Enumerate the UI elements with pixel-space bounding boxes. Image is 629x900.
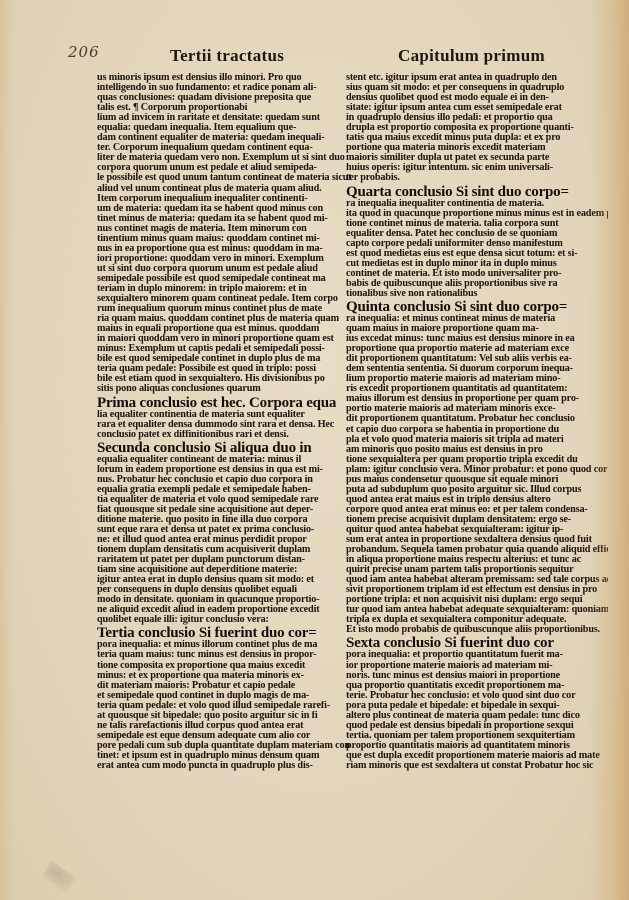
text-line: um de materia: quedam ita se habent quod… — [97, 204, 359, 214]
text-line: rum inequalium quorum minus continet plu… — [97, 304, 359, 314]
text-line: ius excedat minus: tunc maius est densiu… — [346, 334, 608, 344]
text-line: cut medietas est in duplo minor ita in d… — [346, 259, 608, 269]
text-line: qua proportio quantitatis excedit propor… — [346, 681, 608, 691]
text-line: altero plus contineat de materia quam pe… — [346, 711, 608, 721]
text-line: ior proportione materie maioris ad mater… — [346, 661, 608, 671]
text-line: portione qua materia minoris excedit mat… — [346, 143, 608, 153]
text-line: dit materiam maioris: Probatur et capio … — [97, 681, 359, 691]
text-line: riam minoris que est sexdaltera ut const… — [346, 761, 608, 771]
text-line: teriam in duplo minorem: in triplo maior… — [97, 284, 359, 294]
text-line: lorum in eadem proportione est densius i… — [97, 465, 359, 475]
text-line: conclusio patet ex diffinitionibus rari … — [97, 430, 359, 440]
text-line: nus continet magis de materia. Item mino… — [97, 224, 359, 234]
text-line: nus in ea proportione qua est minus: quo… — [97, 244, 359, 254]
text-line: capto corpore pedali uniformiter denso m… — [346, 239, 608, 249]
text-line: quod antea erat maius est in triplo dens… — [346, 495, 608, 505]
text-line: iori proportione: quoddam vero in minori… — [97, 254, 359, 264]
text-line: tione sexquialtera per quam proportio tr… — [346, 455, 608, 465]
text-line: ra inequalia inequaliter continentia de … — [346, 199, 608, 209]
text-line: per consequens in duplo densius quolibet… — [97, 585, 359, 595]
text-line: at quousque sit bipedale: quo posito arg… — [97, 711, 359, 721]
text-line: proportione qua proportio materie ad mat… — [346, 344, 608, 354]
text-line: sivit proportionem triplam id est effect… — [346, 585, 608, 595]
text-line: talis est. ¶ Corporum proportionabi — [97, 103, 359, 113]
text-line: in maiori quoddam vero in minori proport… — [97, 334, 359, 344]
text-line: drupla est proportio composita ex propor… — [346, 123, 608, 133]
text-line: nus. Probatur hec conclusio et capio duo… — [97, 475, 359, 485]
text-line: tione continet minus de materia. talia c… — [346, 219, 608, 229]
text-line: proportio quantitatis maioris ad quantit… — [346, 741, 608, 751]
text-line: quam maius in maiore proportione quam ma… — [346, 324, 608, 334]
text-line: in aliqua proportione maius respectu alt… — [346, 555, 608, 565]
text-line: que est dupla excedit proportionem mater… — [346, 751, 608, 761]
text-line: pora inequalia: et proportio quantitatum… — [346, 650, 608, 660]
text-line: teria quam pedale: Possibile est quod in… — [97, 364, 359, 374]
text-line: pore pedali cum sub dupla quantitate dup… — [97, 741, 359, 751]
text-line: dit proportionem quantitatum: Vel sub al… — [346, 354, 608, 364]
text-line: modo in densitate. quoniam in quacunque … — [97, 595, 359, 605]
text-line: tia equaliter de materia et volo quod se… — [97, 495, 359, 505]
paper-stain — [42, 861, 77, 893]
text-line: stent etc. igitur ipsum erat antea in qu… — [346, 73, 608, 83]
text-line: ria quam maius. quoddam continet plus de… — [97, 314, 359, 324]
conclusion-heading-quarta: Quarta conclusio Si sint duo corpo= — [346, 185, 608, 199]
text-line: dem sententia sententia. Si duorum corpo… — [346, 364, 608, 374]
text-line: corpora quorum unum est pedale et aliud … — [97, 163, 359, 173]
text-line: rara et equaliter densa dummodo sint rar… — [97, 420, 359, 430]
text-line: ra inequalia: et minus contineat minus d… — [346, 314, 608, 324]
conclusion-heading-tertia: Tertia conclusio Si fuerint duo cor= — [97, 626, 359, 640]
right-text-column: stent etc. igitur ipsum erat antea in qu… — [346, 73, 608, 771]
text-line: sum erat antea in proportione sexdaltera… — [346, 535, 608, 545]
text-line: semipedale est eque densum adequate cum … — [97, 731, 359, 741]
text-line: tripla ex dupla et sexquialtera componit… — [346, 615, 608, 625]
text-line: lium ad invicem in raritate et densitate… — [97, 113, 359, 123]
text-line: teria quam pedale: et volo quod illud se… — [97, 701, 359, 711]
text-line: probandum. Sequela tamen probatur quia q… — [346, 545, 608, 555]
text-line: ris excedit proportionem quantitatis ad … — [346, 384, 608, 394]
scanned-book-page: 206 Tertii tractatus Capitulum primum us… — [0, 0, 629, 900]
text-line: lia equaliter continentia de materia sun… — [97, 410, 359, 420]
text-line: minus: Exemplum ut captis pedali et semi… — [97, 344, 359, 354]
text-line: densius quolibet quod est modo equale ei… — [346, 93, 608, 103]
text-line: maius illorum est densius in proportione… — [346, 394, 608, 404]
text-line: tinentium minus quam maius: quoddam cont… — [97, 234, 359, 244]
text-line: sunt eque rara et densa ut patet ex prim… — [97, 525, 359, 535]
text-line: pus maius condensetur quousque sit equal… — [346, 475, 608, 485]
text-line: bile est etiam quod in sexquialtero. His… — [97, 374, 359, 384]
conclusion-heading-sexta: Sexta conclusio Si fuerint duo cor — [346, 636, 608, 650]
text-line: ne aliquid excedit aliud in eadem propor… — [97, 605, 359, 615]
text-line: maioris similiter dupla ut patet ex secu… — [346, 153, 608, 163]
right-block-4: pora inequalia: et proportio quantitatum… — [346, 650, 608, 771]
right-block-3: ra inequalia: et minus contineat minus d… — [346, 314, 608, 636]
text-line: quas conclusiones: quadam divisione prep… — [97, 93, 359, 103]
text-line: tionem duplam densitatis cum acquisiveri… — [97, 545, 359, 555]
text-line: fiat quousque sit pedale sine acquisitio… — [97, 505, 359, 515]
right-block-1: stent etc. igitur ipsum erat antea in qu… — [346, 73, 608, 184]
text-line: quod iam antea habebat alteram premissam… — [346, 575, 608, 585]
text-line: dam continent equaliter de materia: qued… — [97, 133, 359, 143]
text-line: maius in equali proportione qua est minu… — [97, 324, 359, 334]
text-line: quitur quod antea habebat sexquialteram:… — [346, 525, 608, 535]
text-line: erat antea cum modo puncta in quadruplo … — [97, 761, 359, 771]
text-line: babis de quibuscunque aliis proportionib… — [346, 279, 608, 289]
text-line: terie. Probatur hec conclusio: et volo q… — [346, 691, 608, 701]
left-text-column: us minoris ipsum est densius illo minori… — [97, 73, 359, 771]
text-line: portio materie maioris ad materiam minor… — [346, 404, 608, 414]
text-line: ne: et illud quod antea erat minus perdi… — [97, 535, 359, 545]
text-line: puta ad subduplum quo posito arguitur si… — [346, 485, 608, 495]
text-line: equalia: quedam inequalia. Item equalium… — [97, 123, 359, 133]
text-line: noris. tunc minus est densius maiori in … — [346, 671, 608, 681]
text-line: ditione materie. quo posito in fine illa… — [97, 515, 359, 525]
text-line: intelligendo in suo fundamento: et radic… — [97, 83, 359, 93]
text-line: ita quod in quacunque proportione minus … — [346, 209, 608, 219]
running-head-left: Tertii tractatus — [170, 46, 284, 66]
text-line: equaliter densa. Patet hec conclusio de … — [346, 229, 608, 239]
left-block-1: us minoris ipsum est densius illo minori… — [97, 73, 359, 395]
text-line: est quod medietas eius est eque densa si… — [346, 249, 608, 259]
conclusion-heading-quinta: Quinta conclusio Si sint duo corpo= — [346, 300, 608, 314]
text-line: et semipedale quod continet in duplo mag… — [97, 691, 359, 701]
text-line: plam: igitur conclusio vera. Minor proba… — [346, 465, 608, 475]
text-line: am minoris quo posito maius est densius … — [346, 445, 608, 455]
left-block-4: pora inequalia: et minus illorum contine… — [97, 640, 359, 771]
text-line: igitur antea erat in duplo densius quam … — [97, 575, 359, 585]
right-block-2: ra inequalia inequaliter continentia de … — [346, 199, 608, 299]
text-line: pla et volo quod materia maioris sit tri… — [346, 435, 608, 445]
text-line: semipedale possibile est quod semipedale… — [97, 274, 359, 284]
text-line: quolibet equale illi: igitur conclusio v… — [97, 615, 359, 625]
text-line: tionem precise acquisivit duplam densita… — [346, 515, 608, 525]
text-line: sexquialtero minorem quam contineat peda… — [97, 294, 359, 304]
text-line: minus: et ex proportione qua materia min… — [97, 671, 359, 681]
text-line: tiam sine acquisitione aut deperditione … — [97, 565, 359, 575]
text-line: dit proportionem quantitatum. Probatur h… — [346, 414, 608, 424]
text-line: corpore quod antea erat minus eo: et per… — [346, 505, 608, 515]
text-line: sius quam sit modo: et per consequens in… — [346, 83, 608, 93]
text-line: tinet minus de materia: quedam ita se ha… — [97, 214, 359, 224]
text-line: tur quod iam antea habebat adequate sexq… — [346, 605, 608, 615]
text-line: us minoris ipsum est densius illo minori… — [97, 73, 359, 83]
text-line: bile est quod semipedale continet in dup… — [97, 354, 359, 364]
left-block-3: equalia equaliter contineant de materia:… — [97, 455, 359, 626]
folio-number: 206 — [68, 43, 100, 61]
text-line: tinet: et ipsum est in quadruplo minus d… — [97, 751, 359, 761]
text-line: aliud vel unum contineat plus de materia… — [97, 184, 359, 194]
text-line: lium proportio materie maioris ad materi… — [346, 374, 608, 384]
text-line: ter. Corporum inequalium quedam continen… — [97, 143, 359, 153]
text-line: ut si sint duo corpora quorum unum est p… — [97, 264, 359, 274]
text-line: in quadruplo densius illo pedali: et pro… — [346, 113, 608, 123]
text-line: tione composita ex proportione qua maius… — [97, 661, 359, 671]
conclusion-heading-secunda: Secunda conclusio Si aliqua duo in — [97, 441, 359, 455]
text-line: quod pedale est densius bipedali in prop… — [346, 721, 608, 731]
text-line: quirit precise unam partem talis proport… — [346, 565, 608, 575]
text-line: sitis pono aliquas conclusiones quarum — [97, 384, 359, 394]
text-line: raritatem ut patet per duplam punctorum … — [97, 555, 359, 565]
text-line: teria quam maius: tunc minus est densius… — [97, 650, 359, 660]
conclusion-heading-prima: Prima conclusio est hec. Corpora equa — [97, 396, 359, 410]
text-line: ter probabis. — [346, 173, 608, 183]
text-line: le possibile est quod unum tantum contin… — [97, 173, 359, 183]
text-line: sitate: igitur ipsum antea cum esset sem… — [346, 103, 608, 113]
text-line: Item corporum inequalium inequaliter con… — [97, 194, 359, 204]
text-line: et capio duo corpora se habentia in prop… — [346, 425, 608, 435]
text-line: pora inequalia: et minus illorum contine… — [97, 640, 359, 650]
text-line: ne talis rarefactionis illud corpus quod… — [97, 721, 359, 731]
text-line: equalia gratia exempli pedale et semiped… — [97, 485, 359, 495]
text-line: continet de materia. Et isto modo univer… — [346, 269, 608, 279]
text-line: tertia. quoniam per talem proportionem s… — [346, 731, 608, 741]
text-line: tatis qua maius excedit minus puta dupla… — [346, 133, 608, 143]
text-line: huius operis: igitur intentum. sic enim … — [346, 163, 608, 173]
text-line: liter de materia quedam vero non. Exempl… — [97, 153, 359, 163]
text-line: Et isto modo probabis de quibuscunque al… — [346, 625, 608, 635]
text-line: portione tripla: et non acquisivit nisi … — [346, 595, 608, 605]
text-line: equalia equaliter contineant de materia:… — [97, 455, 359, 465]
left-block-2: lia equaliter continentia de materia sun… — [97, 410, 359, 440]
text-line: pora puta pedale et bipedale: et bipedal… — [346, 701, 608, 711]
running-head-right: Capitulum primum — [398, 46, 545, 66]
text-line: tionalibus sive non rationalibus — [346, 289, 608, 299]
